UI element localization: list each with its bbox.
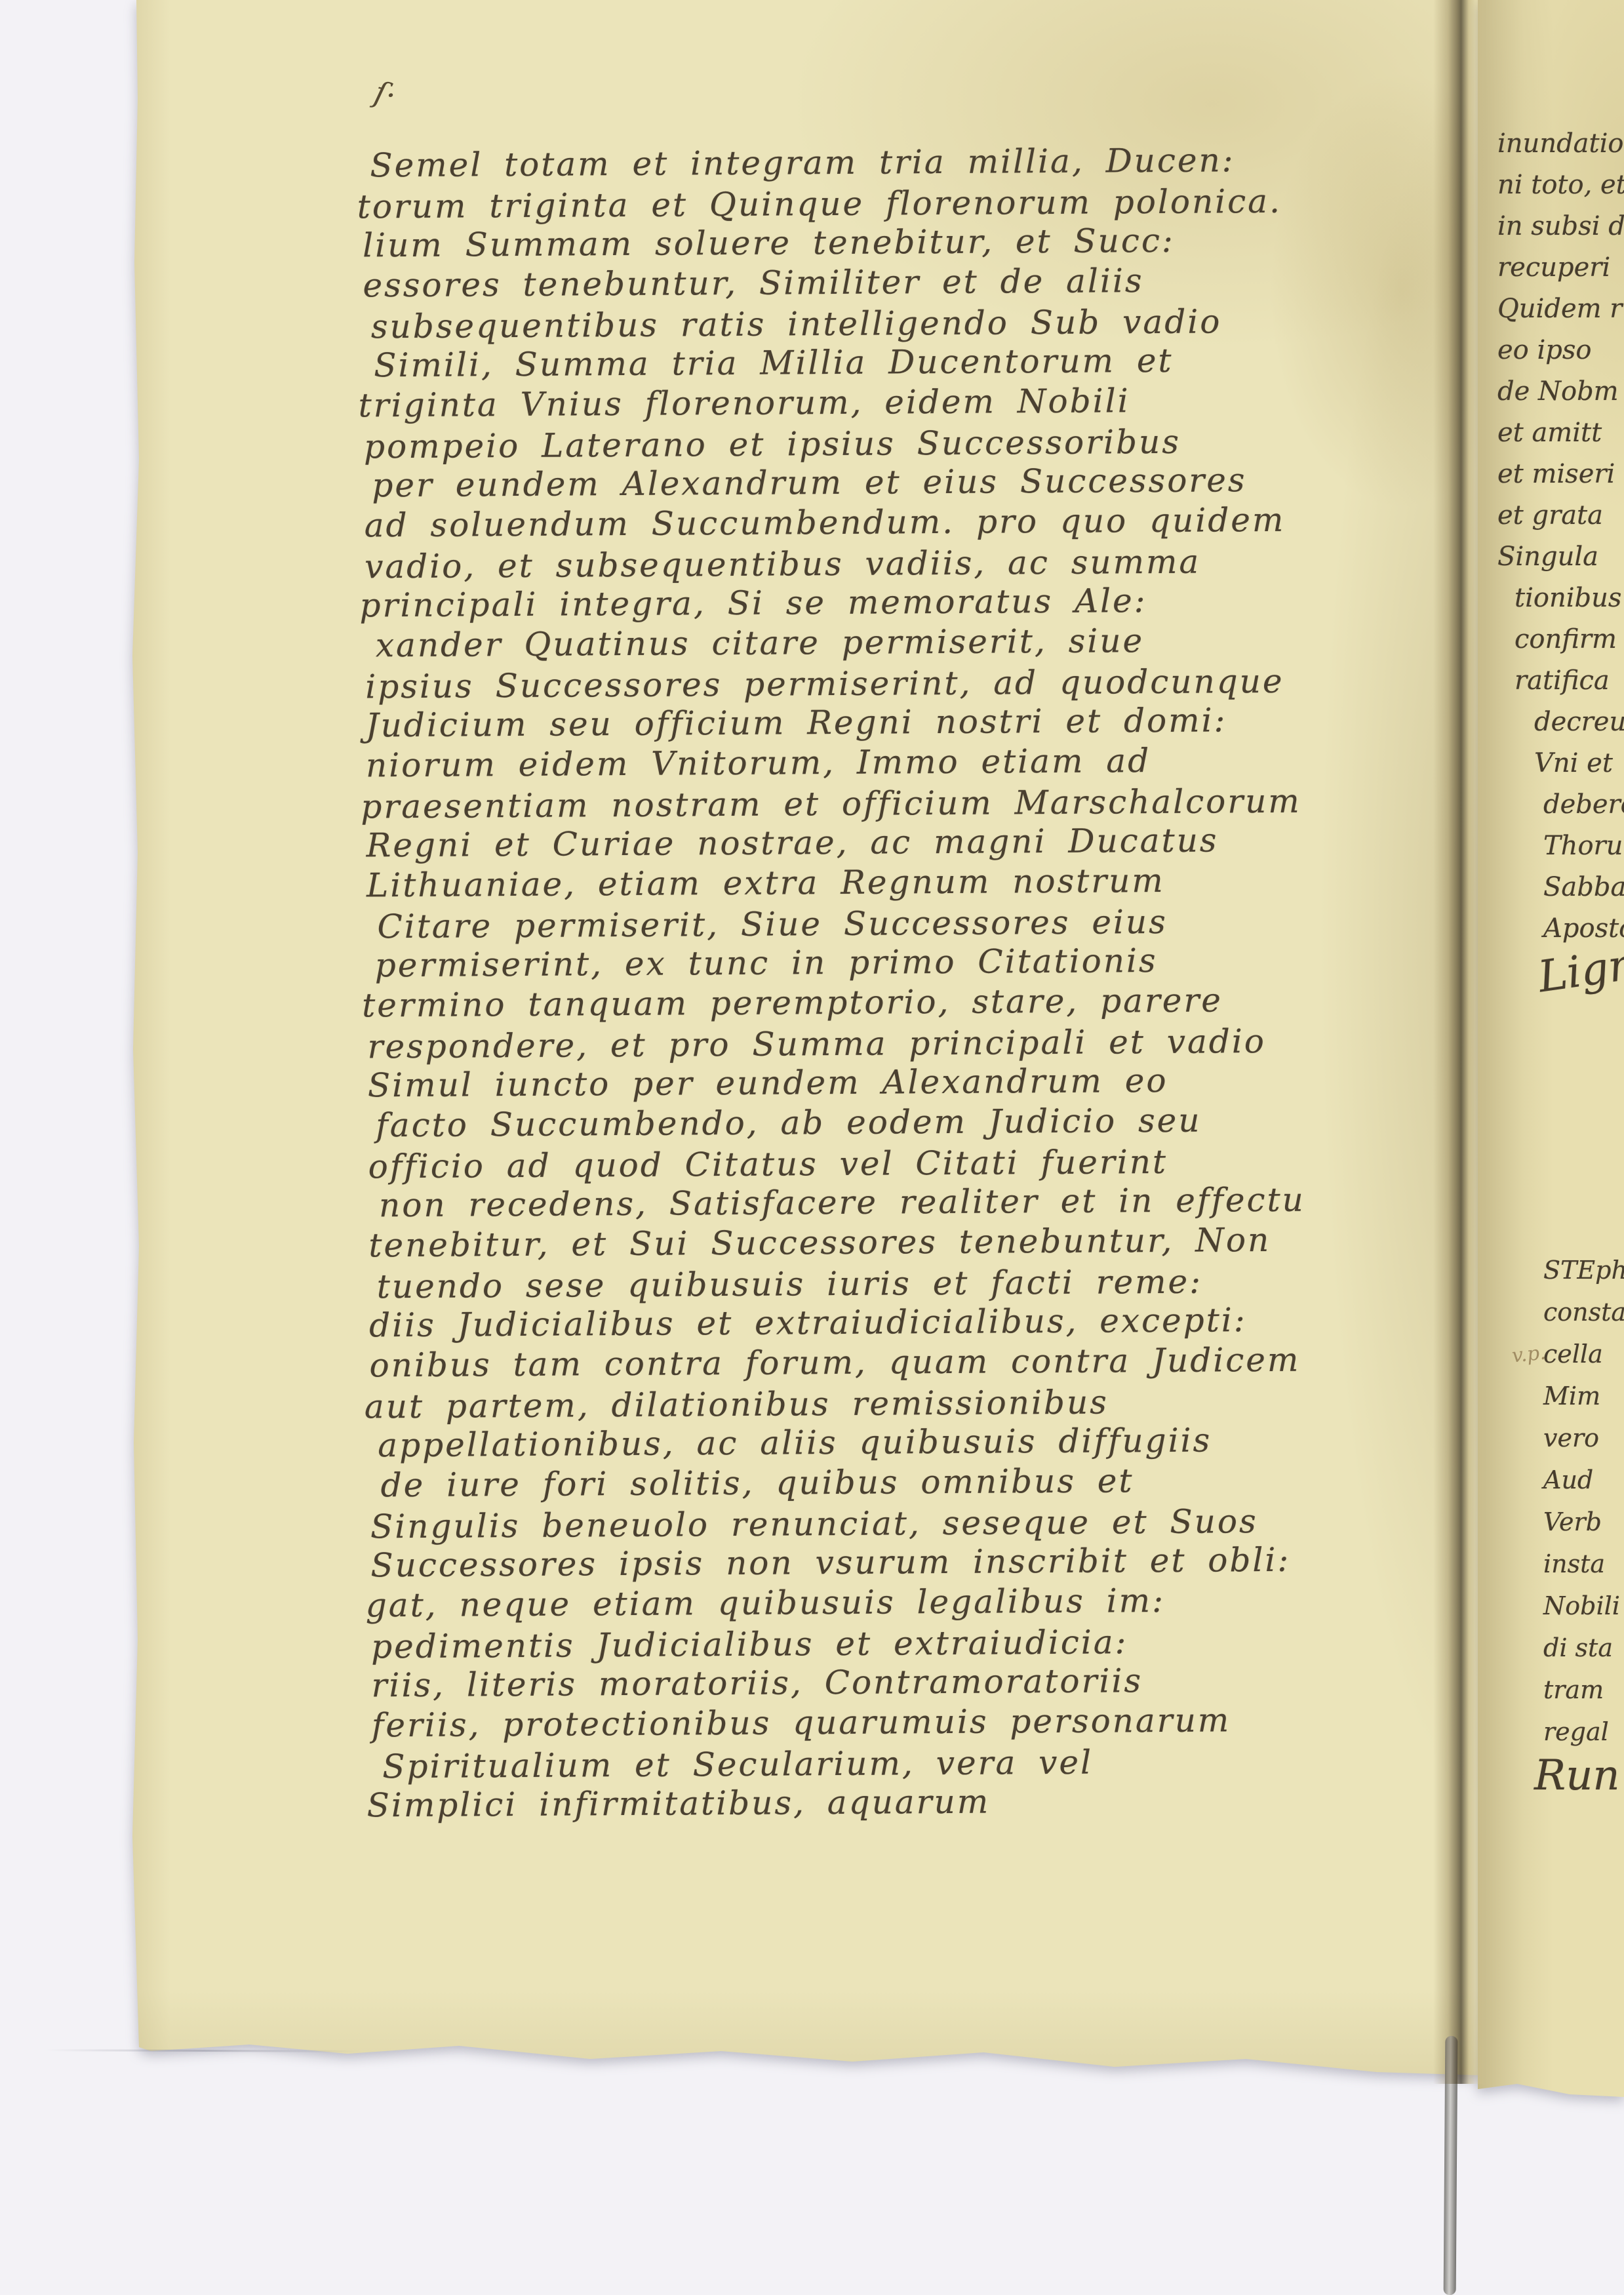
manuscript-fragment-line: Run	[1534, 1753, 1624, 1799]
manuscript-fragment-line: cella	[1543, 1333, 1624, 1375]
manuscript-fragment-line: Thorun	[1543, 826, 1624, 867]
manuscript-fragment-line: Lign	[1535, 943, 1624, 998]
manuscript-fragment-line: eo ipso	[1497, 330, 1624, 371]
page-shadow-right: inundationi toto, etin subsi direcuperiQ…	[0, 0, 1624, 2295]
manuscript-fragment-line: STEph	[1543, 1249, 1624, 1291]
manuscript-fragment-line: debere	[1543, 784, 1624, 826]
manuscript-fragment-line: Singula	[1497, 536, 1624, 578]
manuscript-fragment-line: tram	[1543, 1669, 1624, 1711]
manuscript-fragment-line: ni toto, et	[1497, 165, 1624, 206]
manuscript-fragment-line: et grata	[1497, 495, 1624, 536]
manuscript-fragment-line: Mim	[1543, 1375, 1624, 1417]
recto-fragments-lower: STEphconstacellaMimveroAudVerbinstaNobil…	[1543, 1249, 1624, 1799]
manuscript-fragment-line: tionibus	[1515, 578, 1624, 619]
manuscript-fragment-line: Vni et	[1534, 743, 1624, 784]
manuscript-fragment-line: Verb	[1543, 1501, 1624, 1543]
manuscript-fragment-line: et miseri	[1497, 454, 1624, 495]
manuscript-fragment-line: in subsi di	[1497, 206, 1624, 247]
manuscript-fragment-line: Nobili	[1543, 1585, 1624, 1627]
manuscript-fragment-line: decreui	[1534, 702, 1624, 743]
manuscript-fragment-line: ratifica	[1515, 660, 1624, 702]
manuscript-fragment-line: Quidem r	[1497, 289, 1624, 330]
manuscript-fragment-line: consta	[1543, 1291, 1624, 1333]
manuscript-fragment-line: di sta	[1543, 1627, 1624, 1669]
manuscript-fragment-line: et amitt	[1497, 412, 1624, 454]
manuscript-fragment-line: recuperi	[1497, 247, 1624, 289]
manuscript-fragment-line: confirm	[1515, 619, 1624, 660]
manuscript-fragment-line: regal	[1543, 1711, 1624, 1753]
manuscript-page-recto: inundationi toto, etin subsi direcuperiQ…	[1478, 0, 1624, 2097]
marginal-note: v.p.	[1511, 1341, 1547, 1367]
manuscript-fragment-line: de Nobm	[1497, 371, 1624, 412]
manuscript-fragment-line: Sabbat	[1543, 867, 1624, 908]
manuscript-fragment-line: inundatio	[1497, 123, 1624, 165]
manuscript-fragment-line: insta	[1543, 1543, 1624, 1585]
manuscript-fragment-line: Aud	[1543, 1459, 1624, 1501]
recto-fragments-upper: inundationi toto, etin subsi direcuperiQ…	[1497, 123, 1624, 991]
manuscript-fragment-line: vero	[1543, 1417, 1624, 1459]
gutter-fold	[1433, 0, 1486, 2084]
